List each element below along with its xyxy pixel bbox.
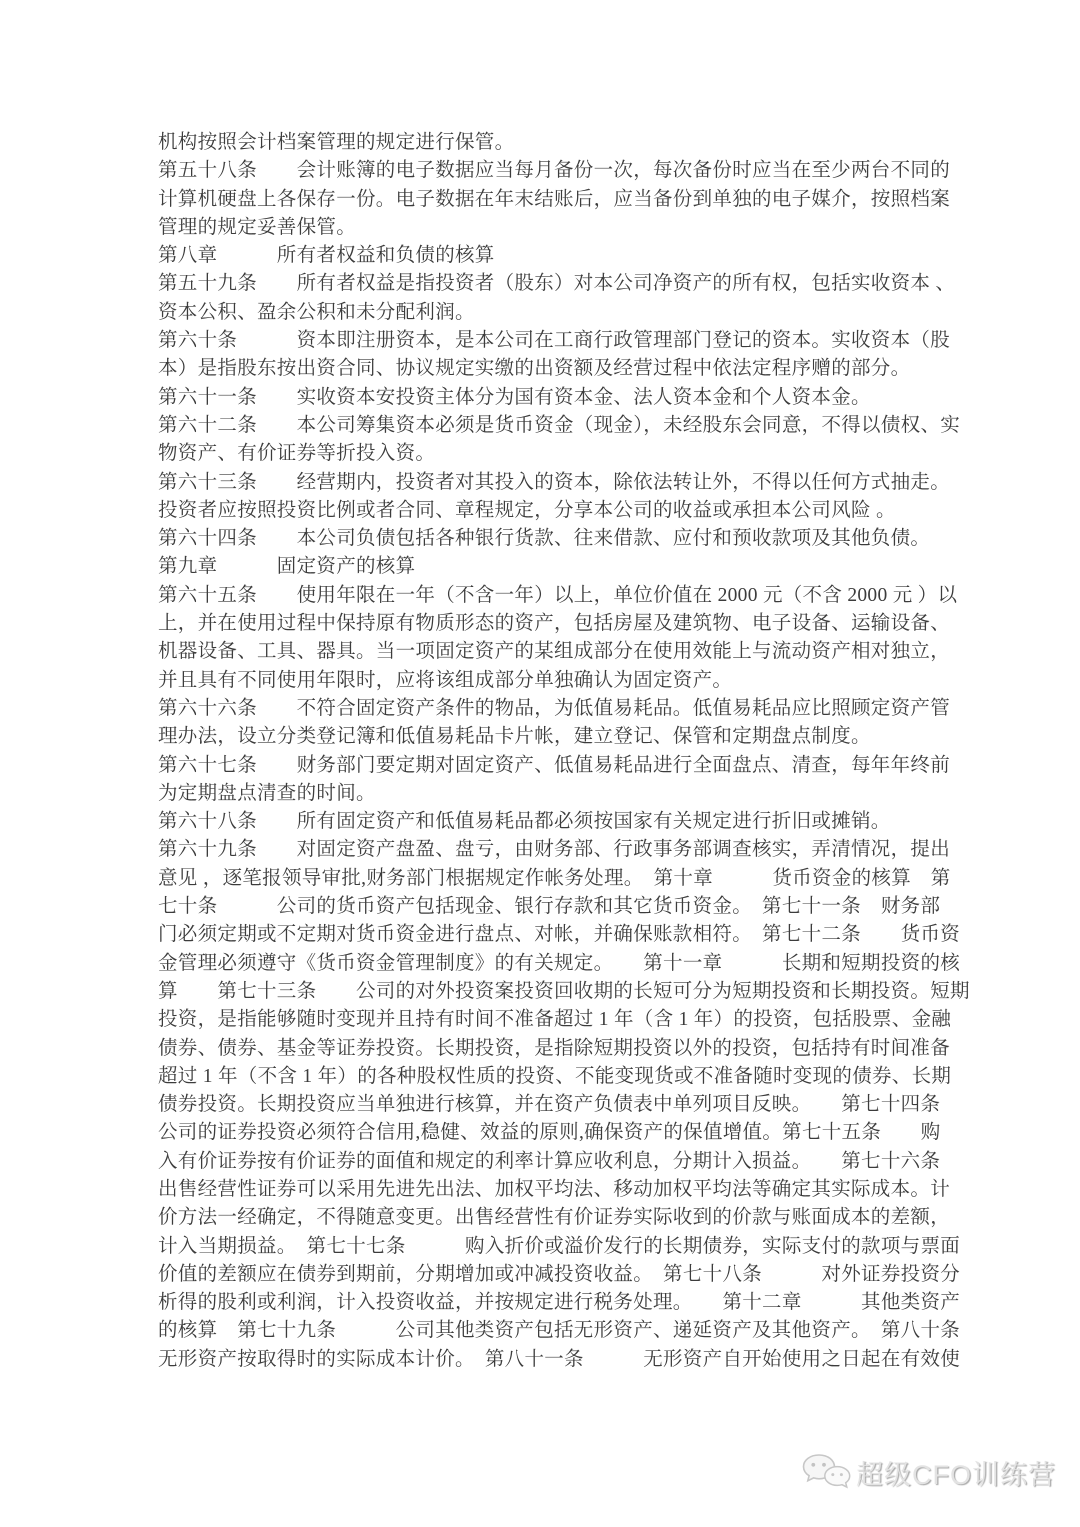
text-line: 机器设备、工具、器具。当一项固定资产的某组成部分在使用效能上与流动资产相对独立， [158, 638, 958, 666]
text-line: 第九章 固定资产的核算 [158, 553, 958, 581]
text-line: 并且具有不同使用年限时，应将该组成部分单独确认为固定资产。 [158, 667, 958, 695]
text-line: 投资，是指能够随时变现并且持有时间不准备超过 1 年（含 1 年）的投资，包括股… [158, 1006, 958, 1034]
text-line: 为定期盘点清查的时间。 [158, 780, 958, 808]
text-line: 第八章 所有者权益和负债的核算 [158, 242, 958, 270]
text-line: 超过 1 年（不含 1 年）的各种股权性质的投资、不能变现货或不准备随时变现的债… [158, 1063, 958, 1091]
text-line: 第六十四条 本公司负债包括各种银行货款、往来借款、应付和预收款项及其他负债。 [158, 525, 958, 553]
text-line: 资本公积、盈余公积和未分配利润。 [158, 299, 958, 327]
text-line: 七十条 公司的货币资产包括现金、银行存款和其它货币资金。 第七十一条 财务部 [158, 893, 958, 921]
text-line: 第六十七条 财务部门要定期对固定资产、低值易耗品进行全面盘点、清查，每年年终前 [158, 752, 958, 780]
text-line: 理办法，设立分类登记簿和低值易耗品卡片帐，建立登记、保管和定期盘点制度。 [158, 723, 958, 751]
text-line: 价值的差额应在债券到期前，分期增加或冲减投资收益。 第七十八条 对外证券投资分 [158, 1261, 958, 1289]
text-line: 第六十五条 使用年限在一年（不含一年）以上，单位价值在 2000 元（不含 20… [158, 582, 958, 610]
text-line: 算 第七十三条 公司的对外投资案投资回收期的长短可分为短期投资和长期投资。短期 [158, 978, 958, 1006]
text-line: 的核算 第七十九条 公司其他类资产包括无形资产、递延资产及其他资产。 第八十条 [158, 1317, 958, 1345]
text-line: 第五十九条 所有者权益是指投资者（股东）对本公司净资产的所有权，包括实收资本 、 [158, 270, 958, 298]
text-line: 入有价证券按有价证券的面值和规定的利率计算应收利息，分期计入损益。 第七十六条 [158, 1148, 958, 1176]
text-line: 投资者应按照投资比例或者合同、章程规定，分享本公司的收益或承担本公司风险 。 [158, 497, 958, 525]
text-line: 上，并在使用过程中保持原有物质形态的资产，包括房屋及建筑物、电子设备、运输设备、 [158, 610, 958, 638]
document-text: 机构按照会计档案管理的规定进行保管。第五十八条 会计账簿的电子数据应当每月备份一… [158, 129, 958, 1374]
text-line: 计算机硬盘上各保存一份。电子数据在年末结账后，应当备份到单独的电子媒介，按照档案 [158, 186, 958, 214]
text-line: 金管理必须遵守《货币资金管理制度》的有关规定。 第十一章 长期和短期投资的核 [158, 950, 958, 978]
text-line: 第六十九条 对固定资产盘盈、盘亏，由财务部、行政事务部调查核实，弄清情况，提出 [158, 836, 958, 864]
text-line: 债券、债券、基金等证券投资。长期投资，是指除短期投资以外的投资，包括持有时间准备 [158, 1035, 958, 1063]
document-page: 机构按照会计档案管理的规定进行保管。第五十八条 会计账簿的电子数据应当每月备份一… [0, 0, 1080, 1527]
watermark: 超级CFO训练营 [801, 1452, 1056, 1492]
text-line: 第六十二条 本公司筹集资本必须是货币资金（现金），未经股东会同意，不得以债权、实 [158, 412, 958, 440]
text-line: 第六十八条 所有固定资产和低值易耗品都必须按国家有关规定进行折旧或摊销。 [158, 808, 958, 836]
text-line: 第五十八条 会计账簿的电子数据应当每月备份一次，每次备份时应当在至少两台不同的 [158, 157, 958, 185]
text-line: 无形资产按取得时的实际成本计价。 第八十一条 无形资产自开始使用之日起在有效使 [158, 1346, 958, 1374]
text-line: 析得的股利或利润，计入投资收益，并按规定进行税务处理。 第十二章 其他类资产 [158, 1289, 958, 1317]
text-line: 物资产、有价证券等折投入资。 [158, 440, 958, 468]
text-line: 公司的证券投资必须符合信用,稳健、效益的原则,确保资产的保值增值。第七十五条 购 [158, 1119, 958, 1147]
watermark-text: 超级CFO训练营 [856, 1453, 1056, 1492]
text-line: 第六十一条 实收资本安投资主体分为国有资本金、法人资本金和个人资本金。 [158, 384, 958, 412]
text-line: 管理的规定妥善保管。 [158, 214, 958, 242]
text-line: 价方法一经确定，不得随意变更。出售经营性有价证券实际收到的价款与账面成本的差额， [158, 1204, 958, 1232]
text-line: 出售经营性证券可以采用先进先出法、加权平均法、移动加权平均法等确定其实际成本。计 [158, 1176, 958, 1204]
text-line: 第六十条 资本即注册资本，是本公司在工商行政管理部门登记的资本。实收资本（股 [158, 327, 958, 355]
wechat-icon [801, 1452, 851, 1492]
text-line: 机构按照会计档案管理的规定进行保管。 [158, 129, 958, 157]
text-line: 门必须定期或不定期对货币资金进行盘点、对帐，并确保账款相符。 第七十二条 货币资 [158, 921, 958, 949]
text-line: 债券投资。长期投资应当单独进行核算，并在资产负债表中单列项目反映。 第七十四条 [158, 1091, 958, 1119]
text-line: 第六十三条 经营期内，投资者对其投入的资本，除依法转让外，不得以任何方式抽走。 [158, 469, 958, 497]
text-line: 本）是指股东按出资合同、协议规定实缴的出资额及经营过程中依法定程序赠的部分。 [158, 355, 958, 383]
text-line: 意见 ，逐笔报领导审批,财务部门根据规定作帐务处理。 第十章 货币资金的核算 第 [158, 865, 958, 893]
text-line: 第六十六条 不符合固定资产条件的物品，为低值易耗品。低值易耗品应比照顾定资产管 [158, 695, 958, 723]
text-line: 计入当期损益。 第七十七条 购入折价或溢价发行的长期债券，实际支付的款项与票面 [158, 1233, 958, 1261]
